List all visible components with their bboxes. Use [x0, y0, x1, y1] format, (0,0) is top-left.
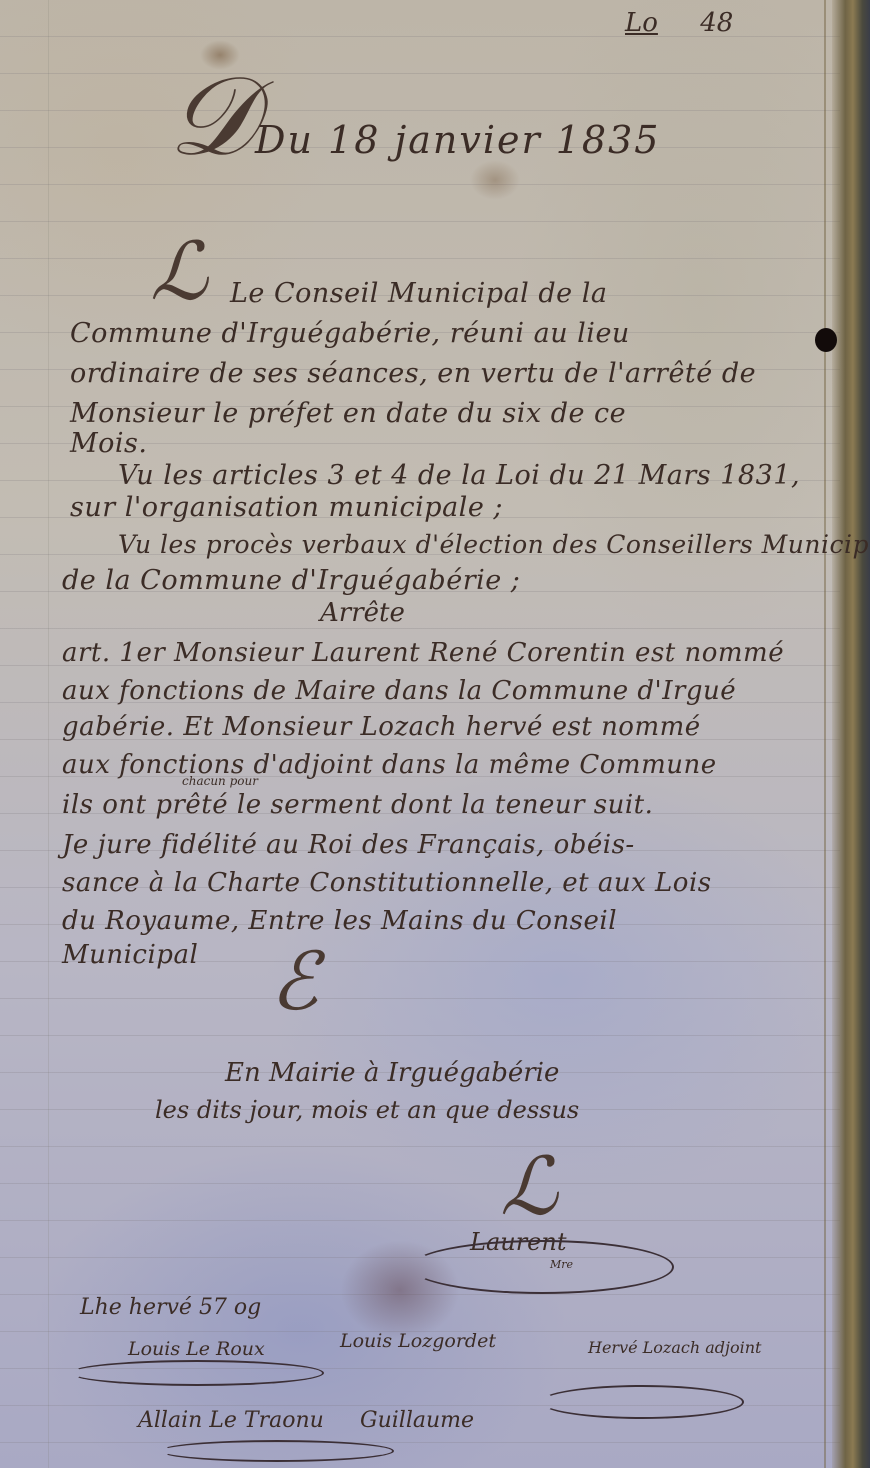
signature: Louis Lozgordet [340, 1330, 496, 1352]
stain [340, 1240, 460, 1340]
signature-flourish: ℒ [500, 1140, 558, 1233]
text-line: ordinaire de ses séances, en vertu de l'… [70, 358, 756, 389]
ink-blot-hole [815, 328, 837, 352]
interlinear-note: chacun pour [182, 774, 258, 788]
text-line: Commune d'Irguégabérie, réuni au lieu [70, 318, 630, 349]
signature-mayor-title: Mre [550, 1258, 573, 1271]
folio-mark: Lo [625, 8, 658, 38]
folio-number: Lo 48 [625, 8, 733, 38]
decorative-capital-d: 𝒟 [168, 52, 256, 182]
text-line: Je jure fidélité au Roi des Français, ob… [62, 830, 635, 860]
decorative-capital-l: ℒ [150, 225, 208, 318]
signature: Allain Le Traonu [138, 1408, 324, 1433]
signature: Hervé Lozach adjoint [588, 1338, 761, 1357]
text-line: Vu les procès verbaux d'élection des Con… [118, 530, 870, 559]
signature-flourish [540, 1385, 744, 1419]
stain [470, 160, 520, 200]
signature-flourish [160, 1440, 394, 1462]
signature-mayor: Laurent [470, 1228, 566, 1256]
binding-line [824, 0, 826, 1468]
text-line: aux fonctions de Maire dans la Commune d… [62, 676, 736, 706]
text-line: sur l'organisation municipale ; [70, 492, 503, 523]
signature: Louis Le Roux [128, 1338, 265, 1360]
signature: Lhe hervé 57 og [80, 1295, 261, 1320]
text-line: Vu les articles 3 et 4 de la Loi du 21 M… [118, 460, 800, 491]
signature-flourish [70, 1360, 324, 1386]
document-date-heading: Du 18 janvier 1835 [255, 118, 660, 162]
text-line: Municipal [62, 940, 198, 970]
closing-place: En Mairie à Irguégabérie [225, 1058, 559, 1088]
text-line: de la Commune d'Irguégabérie ; [62, 565, 520, 596]
closing-date-line: les dits jour, mois et an que dessus [155, 1096, 579, 1124]
text-line: gabérie. Et Monsieur Lozach hervé est no… [62, 712, 701, 742]
signature: Guillaume [360, 1408, 474, 1433]
text-line: du Royaume, Entre les Mains du Conseil [62, 906, 617, 936]
text-line: Le Conseil Municipal de la [230, 278, 607, 309]
text-line: Mois. [70, 428, 147, 459]
folio-page-number: 48 [700, 8, 733, 38]
text-line: ils ont prêté le serment dont la teneur … [62, 790, 653, 820]
margin-line [48, 0, 49, 1468]
text-line: art. 1er Monsieur Laurent René Corentin … [62, 638, 784, 668]
text-line: sance à la Charte Constitutionnelle, et … [62, 868, 712, 898]
decorative-flourish: ℰ [270, 935, 318, 1028]
text-line: aux fonctions d'adjoint dans la même Com… [62, 750, 717, 780]
text-line: Monsieur le préfet en date du six de ce [70, 398, 626, 429]
book-spine-edge [832, 0, 870, 1468]
section-title-arrete: Arrête [320, 598, 405, 628]
